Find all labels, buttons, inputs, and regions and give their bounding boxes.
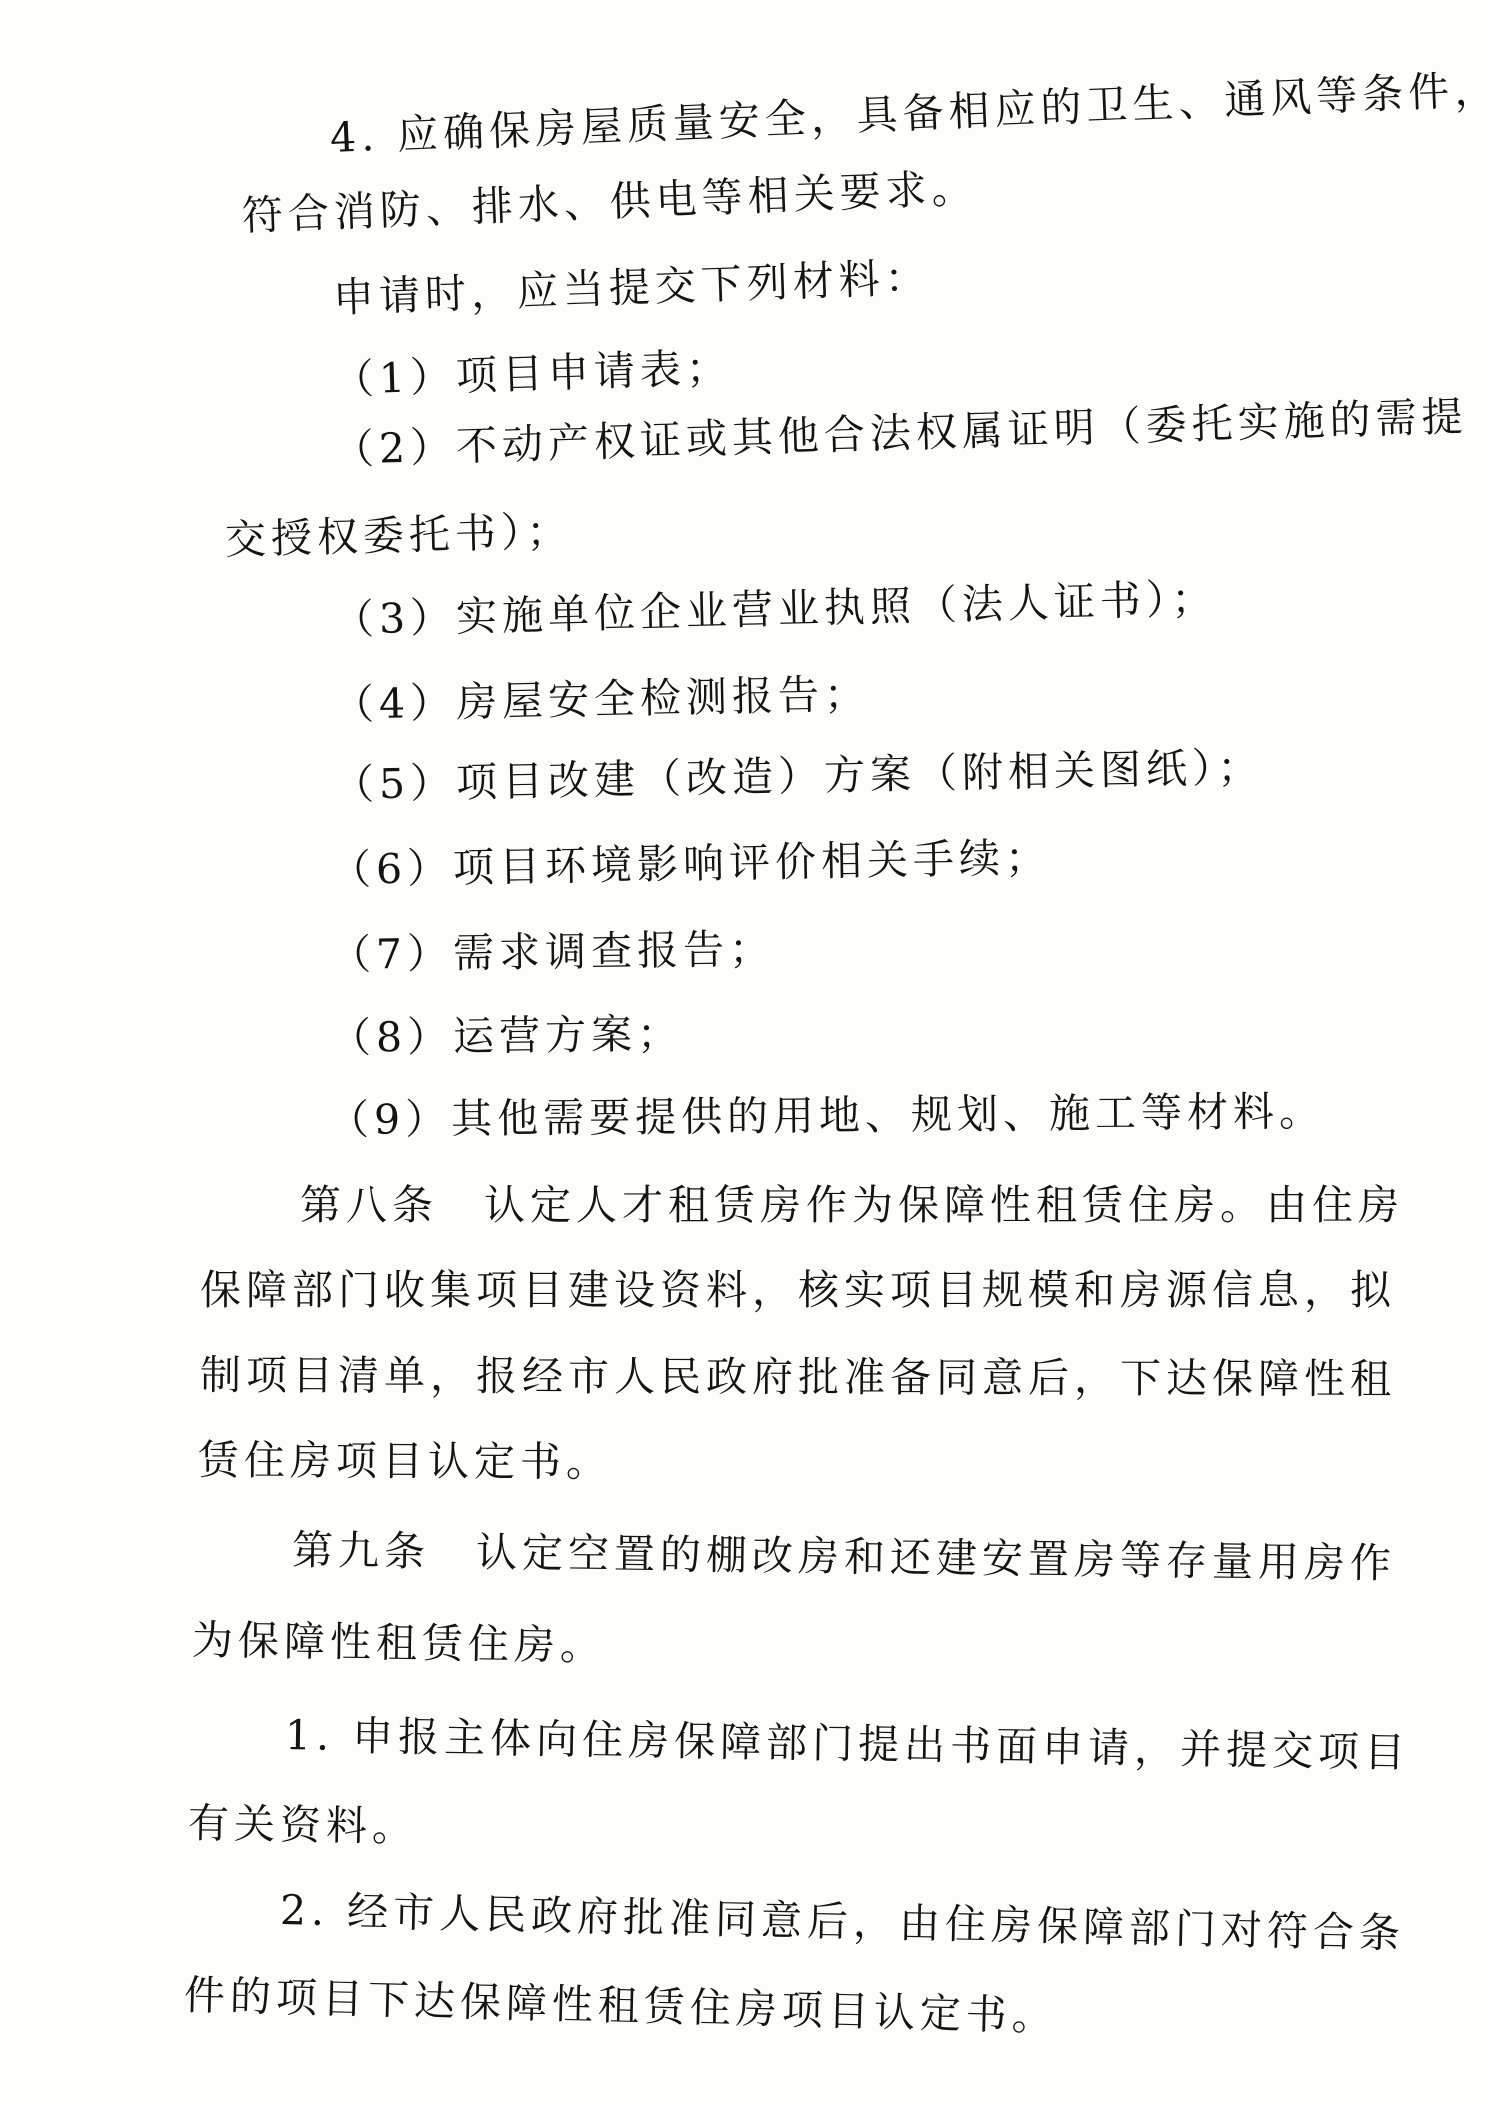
document-text-line: （5）项目改建（改造）方案（附相关图纸）； <box>333 747 1264 806</box>
document-text-line: （6）项目环境影响评价相关手续； <box>330 837 1052 891</box>
document-text-line: 1. 申报主体向住房保障部门提出书面申请，并提交项目 <box>285 1715 1411 1774</box>
document-text-line: 保障部门收集项目建设资料，核实项目规模和房源信息，拟 <box>200 1270 1396 1311</box>
document-text-line: 4. 应确保房屋质量安全，具备相应的卫生、通风等条件， <box>329 69 1487 159</box>
document-text-line: 2. 经市人民政府批准同意后，由住房保障部门对符合条 <box>280 1890 1406 1955</box>
document-text-line: 制项目清单，报经市人民政府批准备同意后，下达保障性租 <box>200 1355 1396 1400</box>
document-text-line: 赁住房项目认定书。 <box>198 1440 612 1483</box>
document-text-line: 第九条 认定空置的棚改房和还建安置房等存量用房作 <box>292 1530 1396 1584</box>
document-text-line: 第八条 认定人才租赁房作为保障性租赁住房。由住房 <box>300 1185 1404 1226</box>
document-text-line: （9）其他需要提供的用地、规划、施工等材料。 <box>328 1091 1325 1141</box>
scanned-document-page: 4. 应确保房屋质量安全，具备相应的卫生、通风等条件，符合消防、排水、供电等相关… <box>0 0 1487 2105</box>
document-text-line: 申请时，应当提交下列材料： <box>332 257 931 319</box>
document-text-line: （3）实施单位企业营业执照（法人证书）； <box>332 578 1217 641</box>
document-text-line: （7）需求调查报告； <box>330 929 776 976</box>
document-text-line: （4）房屋安全检测报告； <box>333 674 871 726</box>
document-text-line: （2）不动产权证或其他合法权属证明（委托实施的需提 <box>332 396 1468 471</box>
document-text-line: （1）项目申请表； <box>332 347 732 401</box>
document-text-line: 为保障性租赁住房。 <box>192 1620 607 1667</box>
document-text-line: 有关资料。 <box>188 1803 419 1848</box>
document-text-line: 交授权委托书）； <box>224 511 572 561</box>
document-text-line: 符合消防、排水、供电等相关要求。 <box>241 168 978 237</box>
document-text-line: （8）运营方案； <box>330 1014 684 1059</box>
document-text-line: 件的项目下达保障性租赁住房项目认定书。 <box>183 1975 1058 2037</box>
